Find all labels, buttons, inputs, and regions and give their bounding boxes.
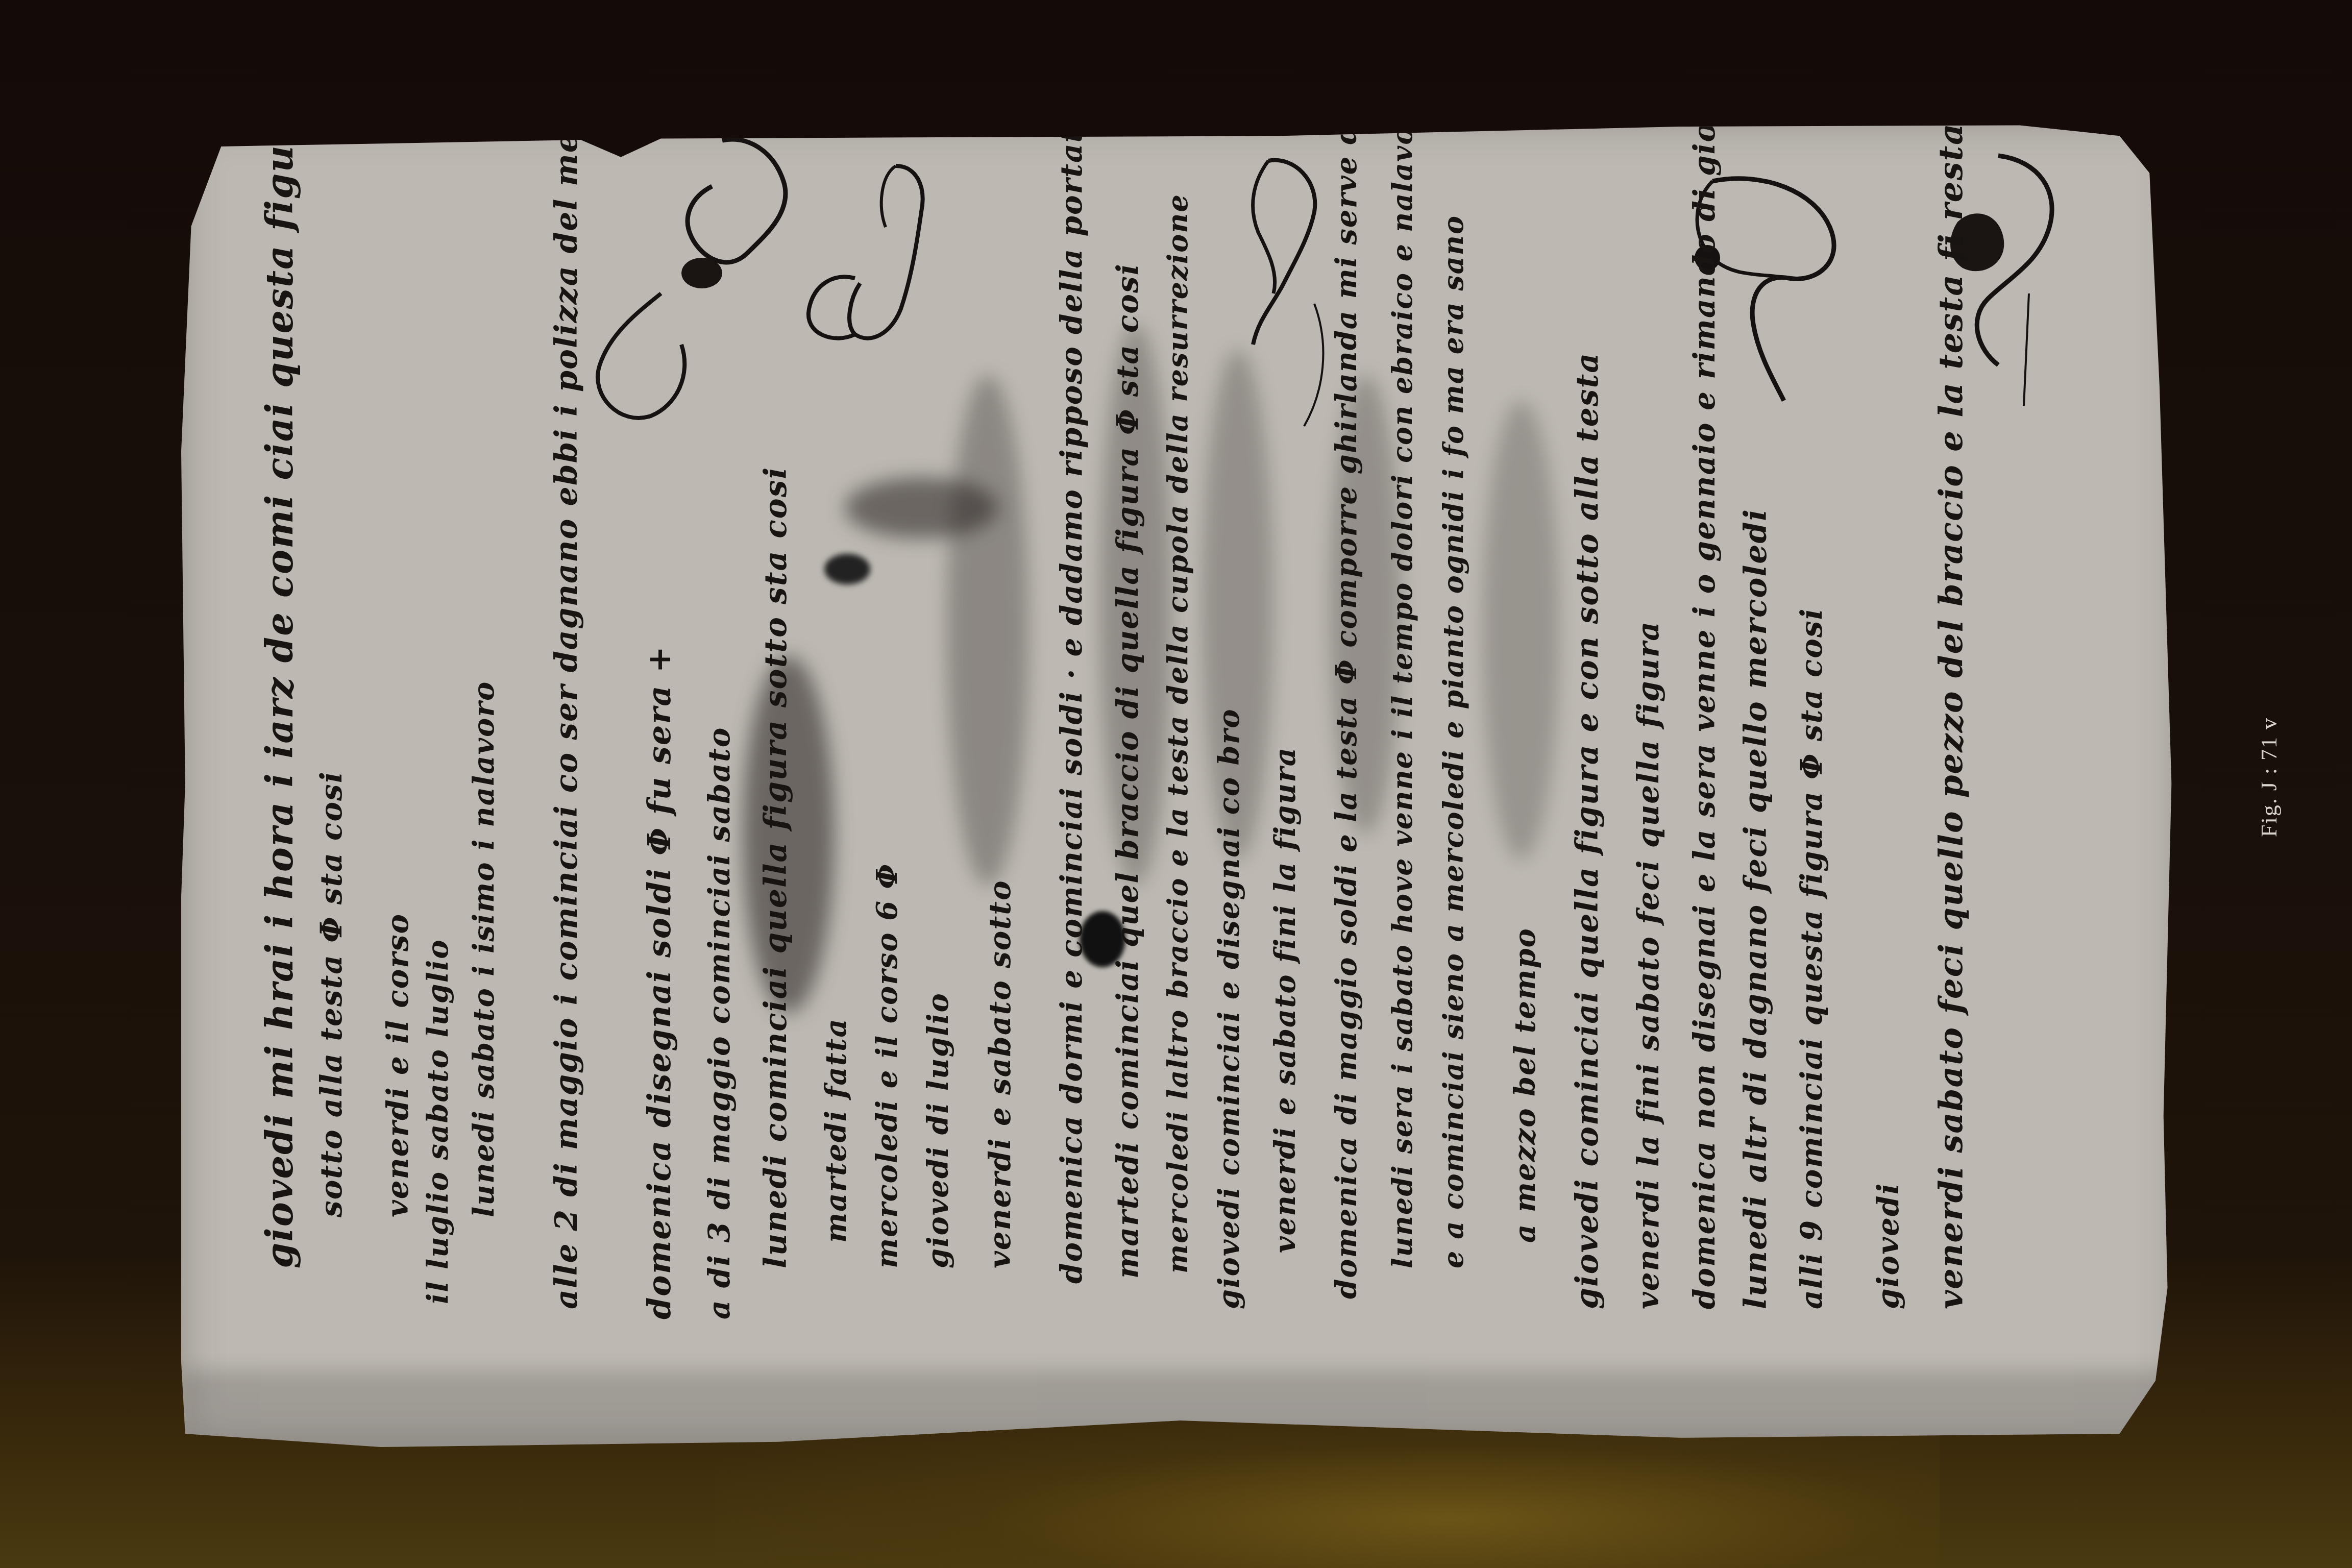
manuscript-line: giovedi di luglio (921, 992, 955, 1268)
ink-stain (1483, 401, 1559, 860)
manuscript-line: martedi cominciai quel braccio di quella… (1110, 263, 1145, 1279)
manuscript-line: venerdi la fini sabato feci quella figur… (1631, 621, 1665, 1309)
manuscript-line: giovedi cominciai e disegnai co bro (1212, 708, 1246, 1309)
manuscript-line: e a cominciai sieno a mercoledi e pianto… (1437, 215, 1469, 1268)
manuscript-line: giovedi mi hrai i hora i iarz de comi ci… (258, 100, 301, 1268)
manuscript-line: a di 3 di maggio cominciai sabato (702, 727, 737, 1319)
manuscript-line: il luglio sabato luglio (421, 939, 455, 1304)
figure-sketch-right-icon (1896, 140, 2080, 426)
ink-stain (947, 375, 1028, 886)
manuscript-line: mercoledi laltro braccio e la testa dell… (1161, 193, 1194, 1273)
manuscript-line: alle 2 di maggio i cominciai co ser dagn… (549, 20, 584, 1309)
manuscript-line: lunedi cominciai quella figura sotto sta… (758, 467, 794, 1268)
manuscript-line: lunedi sera i sabato hove venne i il tem… (1386, 90, 1418, 1268)
manuscript-line: lunedi altr di dagnano feci quello merco… (1738, 508, 1774, 1309)
manuscript-line: giovedi cominciai quella figura e con so… (1570, 352, 1605, 1309)
manuscript-line: domenica disegnai soldi Φ fu sera + (641, 645, 678, 1319)
reclining-figure-sketch-icon (778, 145, 947, 360)
manuscript-page: giovedi mi hrai i hora i iarz de comi ci… (181, 120, 2179, 1447)
manuscript-line: sotto alla testa Φ sta cosi (314, 771, 349, 1217)
manuscript-line: alli 9 cominciai questa figura Φ sta cos… (1794, 607, 1829, 1309)
manuscript-line: domenica di maggio soldi e la testa Φ co… (1330, 30, 1363, 1300)
manuscript-line: a mezzo bel tempo (1508, 927, 1542, 1243)
manuscript-line: domenica dormi e cominciai soldi · e dad… (1054, 68, 1089, 1284)
manuscript-line: lunedi sabato i isimo i nalavoro (467, 681, 501, 1217)
manuscript-line: venerdi e sabato sotto (983, 879, 1017, 1268)
manuscript-line: venerdi e il corso (380, 913, 415, 1217)
manuscript-line: venerdi sabato feci quello pezzo del bra… (1932, 34, 1970, 1310)
manuscript-line: venerdi e sabato fini la figura (1268, 747, 1302, 1253)
ink-blot (824, 554, 870, 584)
manuscript-line: mercoledi e il corso 6 Φ (870, 863, 904, 1268)
figure-caption: Fig. J : 71 v (2256, 717, 2282, 837)
manuscript-line: giovedi (1871, 1183, 1905, 1309)
manuscript-line: martedi fatta (819, 1018, 853, 1243)
manuscript-line: domenica non disegnai e la sera venne i … (1687, 70, 1722, 1309)
